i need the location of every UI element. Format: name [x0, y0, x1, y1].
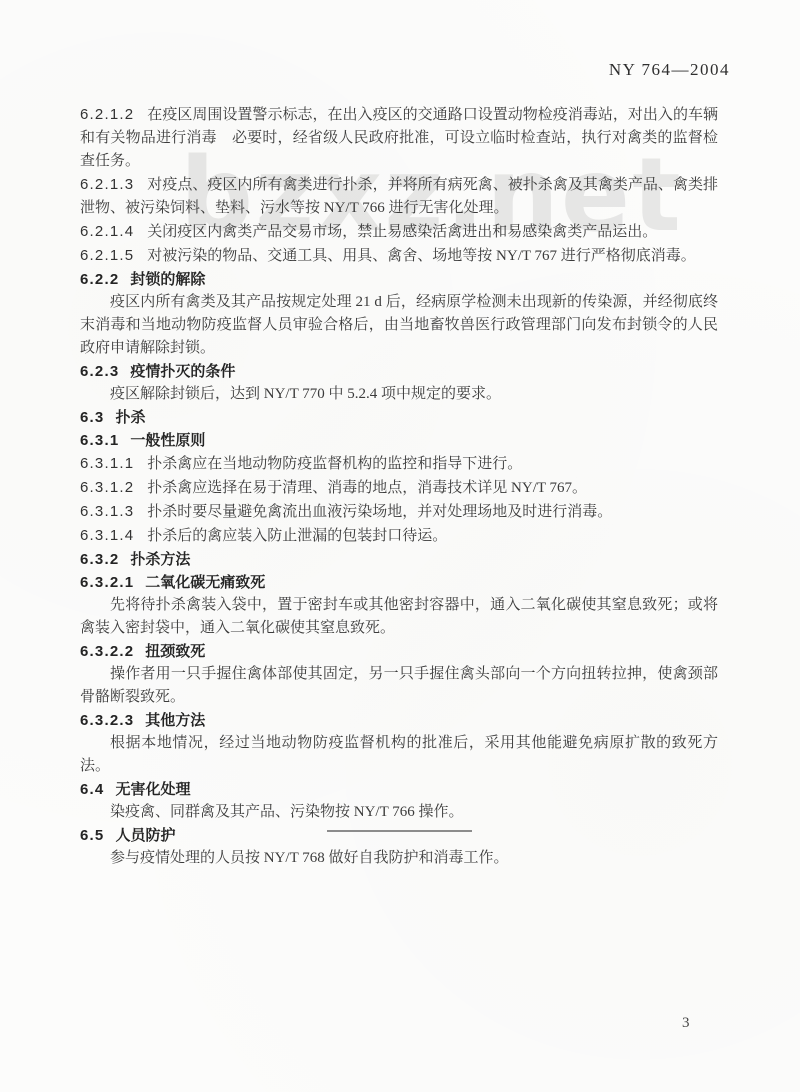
- standard-number-header: NY 764—2004: [609, 60, 730, 80]
- clause-number: 6.3.2.1: [80, 574, 134, 591]
- paragraph-text: 对被污染的物品、交通工具、用具、禽舍、场地等按 NY/T 767 进行严格彻底消…: [147, 248, 695, 264]
- clause-number: 6.5: [80, 827, 104, 844]
- clause-number: 6.2.1.5: [80, 247, 134, 264]
- body-paragraph: 染疫禽、同群禽及其产品、污染物按 NY/T 766 操作。: [80, 801, 718, 824]
- page-number: 3: [682, 1015, 690, 1032]
- section-heading: 6.3.2.3其他方法: [80, 709, 718, 732]
- paragraph-text: 无害化处理: [115, 781, 190, 798]
- clause-number: 6.3.2.3: [80, 712, 134, 729]
- clause-paragraph: 6.2.1.2在疫区周围设置警示标志，在出入疫区的交通路口设置动物检疫消毒站，对…: [80, 103, 718, 173]
- paragraph-text: 染疫禽、同群禽及其产品、污染物按 NY/T 766 操作。: [110, 804, 463, 820]
- paragraph-text: 操作者用一只手握住禽体部使其固定，另一只手握住禽头部向一个方向扭转拉抻，使禽颈部…: [80, 666, 718, 705]
- section-heading: 6.4无害化处理: [80, 778, 718, 801]
- clause-number: 6.2.2: [80, 271, 119, 288]
- clause-number: 6.3.1.4: [80, 527, 134, 544]
- paragraph-text: 根据本地情况，经过当地动物防疫监督机构的批准后，采用其他能避免病原扩散的致死方法…: [80, 735, 718, 774]
- body-paragraph: 疫区解除封锁后，达到 NY/T 770 中 5.2.4 项中规定的要求。: [80, 383, 718, 406]
- paragraph-text: 疫区解除封锁后，达到 NY/T 770 中 5.2.4 项中规定的要求。: [110, 386, 501, 402]
- clause-number: 6.2.1.3: [80, 176, 134, 193]
- clause-number: 6.2.1.4: [80, 223, 134, 240]
- paragraph-text: 扑杀时要尽量避免禽流出血液污染场地，并对处理场地及时进行消毒。: [147, 504, 612, 520]
- paragraph-text: 扭颈致死: [145, 643, 205, 660]
- document-body: 6.2.1.2在疫区周围设置警示标志，在出入疫区的交通路口设置动物检疫消毒站，对…: [80, 103, 718, 870]
- scanned-standard-page: NY 764—2004 bzxz.net 6.2.1.2在疫区周围设置警示标志，…: [0, 0, 800, 1092]
- paragraph-text: 扑杀禽应在当地动物防疫监督机构的监控和指导下进行。: [147, 456, 522, 472]
- clause-number: 6.3.1.3: [80, 503, 134, 520]
- clause-number: 6.3.2.2: [80, 643, 134, 660]
- paragraph-text: 疫情扑灭的条件: [130, 363, 235, 380]
- paragraph-text: 疫区内所有禽类及其产品按规定处理 21 d 后，经病原学检测未出现新的传染源，并…: [80, 294, 718, 356]
- section-heading: 6.5人员防护: [80, 824, 718, 847]
- clause-paragraph: 6.2.1.3对疫点、疫区内所有禽类进行扑杀，并将所有病死禽、被扑杀禽及其禽类产…: [80, 173, 718, 220]
- paragraph-text: 其他方法: [145, 712, 205, 729]
- paragraph-text: 对疫点、疫区内所有禽类进行扑杀，并将所有病死禽、被扑杀禽及其禽类产品、禽类排泄物…: [80, 177, 718, 216]
- body-paragraph: 疫区内所有禽类及其产品按规定处理 21 d 后，经病原学检测未出现新的传染源，并…: [80, 291, 718, 360]
- section-heading: 6.2.2封锁的解除: [80, 268, 718, 291]
- clause-number: 6.3.2: [80, 551, 119, 568]
- section-heading: 6.3.2.2扭颈致死: [80, 640, 718, 663]
- clause-paragraph: 6.3.1.3扑杀时要尽量避免禽流出血液污染场地，并对处理场地及时进行消毒。: [80, 500, 718, 524]
- clause-paragraph: 6.3.1.4扑杀后的禽应装入防止泄漏的包装封口待运。: [80, 524, 718, 548]
- paragraph-text: 关闭疫区内禽类产品交易市场，禁止易感染活禽进出和易感染禽类产品运出。: [147, 224, 657, 240]
- clause-paragraph: 6.2.1.5对被污染的物品、交通工具、用具、禽舍、场地等按 NY/T 767 …: [80, 244, 718, 268]
- body-paragraph: 参与疫情处理的人员按 NY/T 768 做好自我防护和消毒工作。: [80, 847, 718, 870]
- clause-number: 6.3.1.1: [80, 455, 134, 472]
- clause-number: 6.3.1.2: [80, 479, 134, 496]
- clause-paragraph: 6.3.1.1扑杀禽应在当地动物防疫监督机构的监控和指导下进行。: [80, 452, 718, 476]
- paragraph-text: 扑杀禽应选择在易于清理、消毒的地点，消毒技术详见 NY/T 767。: [147, 480, 587, 496]
- paragraph-text: 先将待扑杀禽装入袋中，置于密封车或其他密封容器中，通入二氧化碳使其窒息致死；或将…: [80, 597, 718, 636]
- clause-number: 6.2.3: [80, 363, 119, 380]
- clause-number: 6.2.1.2: [80, 106, 134, 123]
- clause-paragraph: 6.3.1.2扑杀禽应选择在易于清理、消毒的地点，消毒技术详见 NY/T 767…: [80, 476, 718, 500]
- clause-number: 6.3.1: [80, 432, 119, 449]
- paragraph-text: 一般性原则: [130, 432, 205, 449]
- paragraph-text: 参与疫情处理的人员按 NY/T 768 做好自我防护和消毒工作。: [110, 850, 508, 866]
- paragraph-text: 在疫区周围设置警示标志，在出入疫区的交通路口设置动物检疫消毒站，对出入的车辆和有…: [80, 107, 718, 169]
- clause-number: 6.3: [80, 409, 104, 426]
- paragraph-text: 扑杀方法: [130, 551, 190, 568]
- clause-paragraph: 6.2.1.4关闭疫区内禽类产品交易市场，禁止易感染活禽进出和易感染禽类产品运出…: [80, 220, 718, 244]
- paragraph-text: 人员防护: [115, 827, 175, 844]
- body-paragraph: 操作者用一只手握住禽体部使其固定，另一只手握住禽头部向一个方向扭转拉抻，使禽颈部…: [80, 663, 718, 709]
- end-of-text-divider: [327, 830, 472, 832]
- clause-number: 6.4: [80, 781, 104, 798]
- paragraph-text: 封锁的解除: [130, 271, 205, 288]
- section-heading: 6.3扑杀: [80, 406, 718, 429]
- paragraph-text: 扑杀后的禽应装入防止泄漏的包装封口待运。: [147, 528, 447, 544]
- section-heading: 6.3.2扑杀方法: [80, 548, 718, 571]
- section-heading: 6.2.3疫情扑灭的条件: [80, 360, 718, 383]
- section-heading: 6.3.2.1二氧化碳无痛致死: [80, 571, 718, 594]
- paragraph-text: 扑杀: [115, 409, 145, 426]
- section-heading: 6.3.1一般性原则: [80, 429, 718, 452]
- paragraph-text: 二氧化碳无痛致死: [145, 574, 265, 591]
- body-paragraph: 根据本地情况，经过当地动物防疫监督机构的批准后，采用其他能避免病原扩散的致死方法…: [80, 732, 718, 778]
- body-paragraph: 先将待扑杀禽装入袋中，置于密封车或其他密封容器中，通入二氧化碳使其窒息致死；或将…: [80, 594, 718, 640]
